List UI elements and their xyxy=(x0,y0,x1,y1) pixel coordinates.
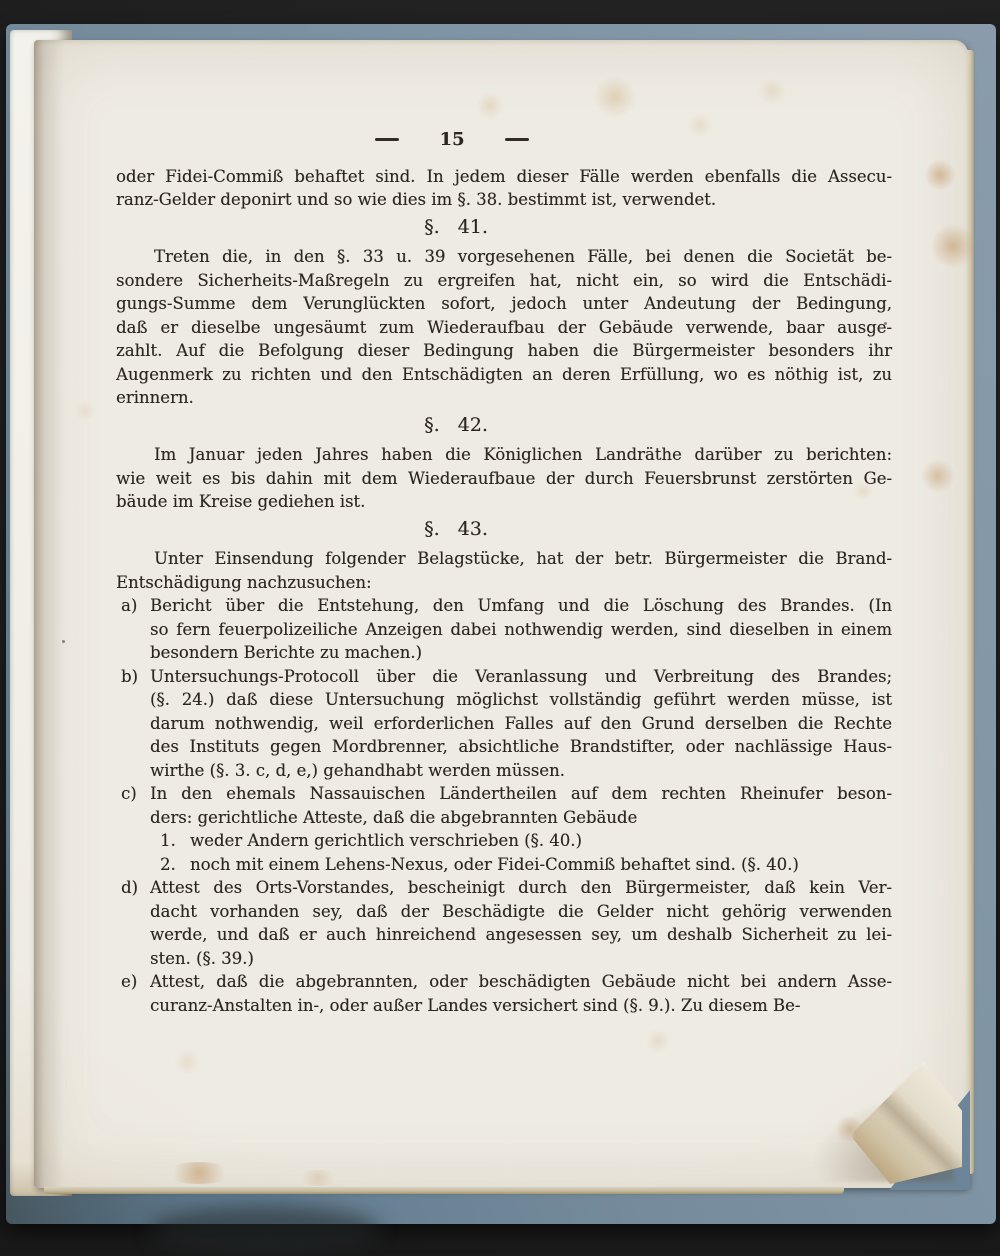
text-line: sten. (§. 39.) xyxy=(150,947,892,971)
text-line: Attest des Orts-Vorstandes, bescheinigt … xyxy=(150,876,892,900)
text-line: gungs-Summe dem Verunglückten sofort, je… xyxy=(116,292,892,316)
text-line: Attest, daß die abgebrannten, oder besch… xyxy=(150,970,892,994)
text-line: bäude im Kreise gediehen ist. xyxy=(116,490,892,514)
text-line: erinnern. xyxy=(116,386,892,410)
list-item: d)Attest des Orts-Vorstandes, bescheinig… xyxy=(116,876,892,970)
page-stack-bottom-edge xyxy=(44,1187,844,1194)
text-line: (§. 24.) daß diese Untersuchung möglichs… xyxy=(150,688,892,712)
list-item-marker: e) xyxy=(121,970,137,994)
dash-rule xyxy=(375,138,399,141)
page-sheet: 15oder Fidei-Commiß behaftet sind. In je… xyxy=(34,40,968,1188)
text-line: Untersuchungs-Protocoll über die Veranla… xyxy=(150,665,892,689)
text-line: Entschädigung nachzusuchen: xyxy=(116,571,892,595)
text-line: Im Januar jeden Jahres haben die Königli… xyxy=(116,443,892,467)
text-line: In den ehemals Nassauischen Ländertheile… xyxy=(150,782,892,806)
text-line: daß er dieselbe ungesäumt zum Wiederaufb… xyxy=(116,316,892,340)
page-number-value: 15 xyxy=(439,128,464,152)
list-item: c)In den ehemals Nassauischen Länderthei… xyxy=(116,782,892,829)
text-line: ders: gerichtliche Atteste, daß die abge… xyxy=(150,806,892,830)
section-heading: §. 43. xyxy=(116,518,892,542)
foxing-stain xyxy=(757,78,787,104)
text-line: zahlt. Auf die Befolgung dieser Bedingun… xyxy=(116,339,892,363)
text-line: Unter Einsendung folgender Belagstücke, … xyxy=(116,547,892,571)
text-line: besondern Berichte zu machen.) xyxy=(150,641,892,665)
list-item: a)Bericht über die Entstehung, den Umfan… xyxy=(116,594,892,665)
text-line: sondere Sicherheits-Maßregeln zu ergreif… xyxy=(116,269,892,293)
text-line: darum nothwendig, weil erforderlichen Fa… xyxy=(150,712,892,736)
book-scan: 15oder Fidei-Commiß behaftet sind. In je… xyxy=(0,0,1000,1256)
text-line: dacht vorhanden sey, daß der Beschädigte… xyxy=(150,900,892,924)
foxing-stain xyxy=(172,1050,202,1074)
foxing-stain xyxy=(74,402,96,420)
list-item: 2.noch mit einem Lehens-Nexus, oder Fide… xyxy=(116,853,892,877)
list-item-marker: d) xyxy=(121,876,138,900)
foxing-stain xyxy=(923,160,957,190)
text-line: ranz-Gelder deponirt und so wie dies im … xyxy=(116,188,892,212)
text-line: Augenmerk zu richten und den Entschädigt… xyxy=(116,363,892,387)
foxing-stain xyxy=(920,460,956,492)
paragraph: Unter Einsendung folgender Belagstücke, … xyxy=(116,547,892,594)
list-item-marker: 2. xyxy=(160,853,176,877)
text-line: werde, und daß er auch hinreichend anges… xyxy=(150,923,892,947)
foxing-stain xyxy=(592,77,638,117)
cover-shadow xyxy=(150,1205,380,1255)
list-item-marker: 1. xyxy=(160,829,176,853)
list-item-marker: a) xyxy=(121,594,137,618)
paragraph: oder Fidei-Commiß behaftet sind. In jede… xyxy=(116,165,892,212)
text-line: noch mit einem Lehens-Nexus, oder Fidei-… xyxy=(190,853,892,877)
list-item-marker: c) xyxy=(121,782,137,806)
foxing-stain xyxy=(164,1162,234,1184)
paragraph: Im Januar jeden Jahres haben die Königli… xyxy=(116,443,892,514)
text-line: wie weit es bis dahin mit dem Wiederaufb… xyxy=(116,467,892,491)
foxing-stain xyxy=(644,1030,672,1052)
section-heading: §. 42. xyxy=(116,414,892,438)
paper-speck xyxy=(62,640,65,643)
foxing-stain xyxy=(296,1170,340,1186)
gutter-shadow xyxy=(34,40,64,1188)
text-line: curanz-Anstalten in-, oder außer Landes … xyxy=(150,994,892,1018)
section-heading: §. 41. xyxy=(116,216,892,240)
dash-rule xyxy=(505,138,529,141)
paragraph: Treten die, in den §. 33 u. 39 vorgesehe… xyxy=(116,245,892,410)
text-line: Treten die, in den §. 33 u. 39 vorgesehe… xyxy=(116,245,892,269)
list-item: b)Untersuchungs-Protocoll über die Veran… xyxy=(116,665,892,783)
text-line: wirthe (§. 3. c, d, e,) gehandhabt werde… xyxy=(150,759,892,783)
text-line: oder Fidei-Commiß behaftet sind. In jede… xyxy=(116,165,892,189)
foxing-stain xyxy=(475,93,505,119)
page-text: 15oder Fidei-Commiß behaftet sind. In je… xyxy=(116,128,892,1017)
text-line: weder Andern gerichtlich verschrieben (§… xyxy=(190,829,892,853)
list-item: e)Attest, daß die abgebrannten, oder bes… xyxy=(116,970,892,1017)
text-line: des Instituts gegen Mordbrenner, absicht… xyxy=(150,735,892,759)
list-item: 1.weder Andern gerichtlich verschrieben … xyxy=(116,829,892,853)
list-item-marker: b) xyxy=(121,665,138,689)
foxing-stain xyxy=(932,222,974,270)
text-line: so fern feuerpolizeiliche Anzeigen dabei… xyxy=(150,618,892,642)
page-number: 15 xyxy=(116,128,892,152)
text-line: Bericht über die Entstehung, den Umfang … xyxy=(150,594,892,618)
